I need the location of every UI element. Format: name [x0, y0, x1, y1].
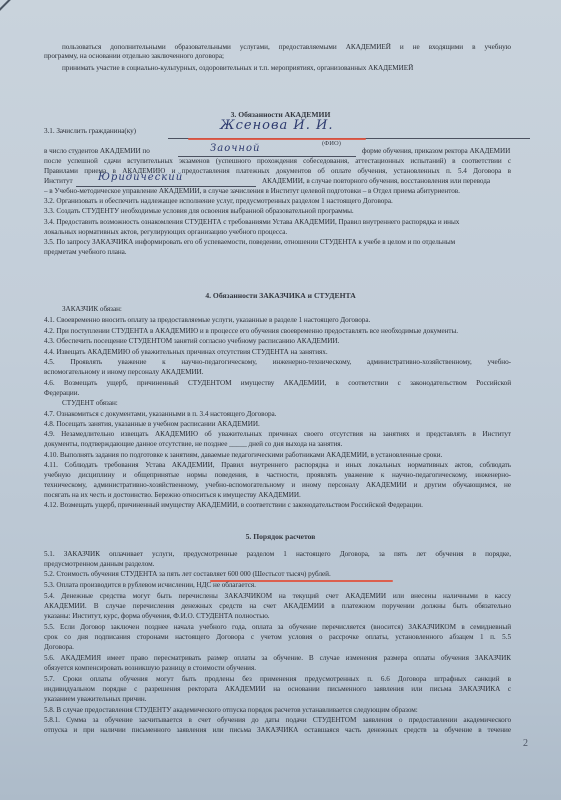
- p49-line-2: документы, подтверждающие данное отсутст…: [44, 440, 511, 449]
- intro-line-1: пользоваться дополнительными образовател…: [62, 43, 511, 52]
- handwritten-name: Жсенова И. И.: [220, 118, 334, 133]
- p52-line: 5.2. Стоимость обучения СТУДЕНТА за пять…: [44, 570, 511, 579]
- handwritten-form: Заочной: [210, 143, 260, 154]
- intro-line-3: принимать участие в социально-культурных…: [62, 64, 511, 73]
- p54-line-1: 5.4. Денежные средства могут быть перечи…: [44, 592, 511, 601]
- p411-line-3: техническому, административно-хозяйствен…: [44, 481, 511, 490]
- p43-line: 4.3. Обеспечить посещение СТУДЕНТОМ заня…: [44, 337, 511, 346]
- intro-line-2: программу, на основании отдельно заключе…: [44, 52, 511, 61]
- p34-line-2: локальных нормативных актов, регулирующи…: [44, 228, 511, 237]
- customer-heading: ЗАКАЗЧИК обязан:: [62, 305, 511, 314]
- p49-line-1: 4.9. Незамедлительно извещать АКАДЕМИЮ о…: [44, 430, 511, 439]
- document-page: пользоваться дополнительными образовател…: [0, 0, 561, 800]
- p32-line: 3.2. Организовать и обеспечить надлежаще…: [44, 197, 511, 206]
- p31-line-6: – в Учебно-методическое управление АКАДЕ…: [44, 187, 511, 196]
- p57-line-2: индивидуальном порядке с разрешения рект…: [44, 685, 511, 694]
- form-suffix: форме обучения, приказом ректора АКАДЕМИ…: [362, 147, 511, 156]
- p411-line-4: посягать на их честь и достоинство. Бере…: [44, 491, 511, 500]
- p45-line-1: 4.5. Проявлять уважение к научно-педагог…: [44, 358, 511, 367]
- p51-line-2: предусмотренном данным разделом.: [44, 560, 511, 569]
- p46-line-2: Федерации.: [44, 389, 511, 398]
- p412-line: 4.12. Возмещать ущерб, причиненный имуще…: [44, 501, 511, 510]
- section5-title: 5. Порядок расчетов: [0, 532, 561, 541]
- section4-title: 4. Обязанности ЗАКАЗЧИКА и СТУДЕНТА: [0, 291, 561, 300]
- p55-line-3: Договора.: [44, 643, 511, 652]
- page-number: 2: [523, 738, 528, 749]
- p58-line: 5.8. В случае предоставления СТУДЕНТУ ак…: [44, 706, 511, 715]
- p44-line: 4.4. Извещать АКАДЕМИЮ об уважительных п…: [44, 348, 511, 357]
- p42-line: 4.2. При поступлении СТУДЕНТА в АКАДЕМИЮ…: [44, 327, 511, 336]
- p45-line-2: вспомогательному и иному персоналу АКАДЕ…: [44, 368, 511, 377]
- p48-line: 4.8. Посещать занятия, указанные в учебн…: [44, 420, 511, 429]
- p35-line-1: 3.5. По запросу ЗАКАЗЧИКА информировать …: [44, 238, 511, 247]
- p34-line-1: 3.4. Предоставить возможность ознакомлен…: [44, 218, 511, 227]
- page-fold-mark: [0, 0, 14, 15]
- student-heading: СТУДЕНТ обязан:: [62, 399, 511, 408]
- handwritten-institute: Юридический: [98, 172, 183, 183]
- p56-line-2: обязуется компенсировать возникшую разни…: [44, 664, 511, 673]
- p55-line-2: срок со дня подписания сторонами настоящ…: [44, 633, 511, 642]
- p33-line: 3.3. Создать СТУДЕНТУ необходимые услови…: [44, 207, 511, 216]
- inst-prefix: Институт: [44, 177, 73, 186]
- p57-line-1: 5.7. Сроки оплаты обучения могут быть пр…: [44, 675, 511, 684]
- p581-line-1: 5.8.1. Сумма за обучение засчитывается в…: [44, 716, 511, 725]
- p581-line-2: отпуска и при наличии письменного заявле…: [44, 726, 511, 735]
- p47-line: 4.7. Ознакомиться с документами, указанн…: [44, 410, 511, 419]
- p56-line-1: 5.6. АКАДЕМИЯ имеет право пересматривать…: [44, 654, 511, 663]
- form-prefix: в число студентов АКАДЕМИИ по: [44, 147, 150, 156]
- p410-line: 4.10. Выполнять задания по подготовке к …: [44, 451, 511, 460]
- inst-suffix: АКАДЕМИИ, в случае повторного обучения, …: [262, 177, 511, 186]
- p57-line-3: указанием уважительных причин.: [44, 695, 511, 704]
- p46-line-1: 4.6. Возмещать ущерб, причиненный СТУДЕН…: [44, 379, 511, 388]
- p411-line-2: учебную дисциплину и общепринятые нормы …: [44, 471, 511, 480]
- p55-line-1: 5.5. Если Договор заключен позднее начал…: [44, 623, 511, 632]
- p31-label: 3.1. Зачислить гражданина(ку): [44, 127, 136, 136]
- p41-line: 4.1. Своевременно вносить оплату за пред…: [44, 316, 511, 325]
- p54-line-2: АКАДЕМИИ. В случае перечисления денежных…: [44, 602, 511, 611]
- p35-line-2: предметам учебного плана.: [44, 248, 511, 257]
- p31-line-3: после успешной сдачи вступительных экзам…: [44, 157, 511, 166]
- p53-line: 5.3. Оплата производится в рублевом исчи…: [44, 581, 511, 590]
- fio-caption: (ФИО): [322, 140, 341, 147]
- p411-line-1: 4.11. Соблюдать требования Устава АКАДЕМ…: [44, 461, 511, 470]
- p51-line-1: 5.1. ЗАКАЗЧИК оплачивает услуги, предусм…: [44, 550, 511, 559]
- p54-line-3: указаны: Институт, курс, форма обучения,…: [44, 612, 511, 621]
